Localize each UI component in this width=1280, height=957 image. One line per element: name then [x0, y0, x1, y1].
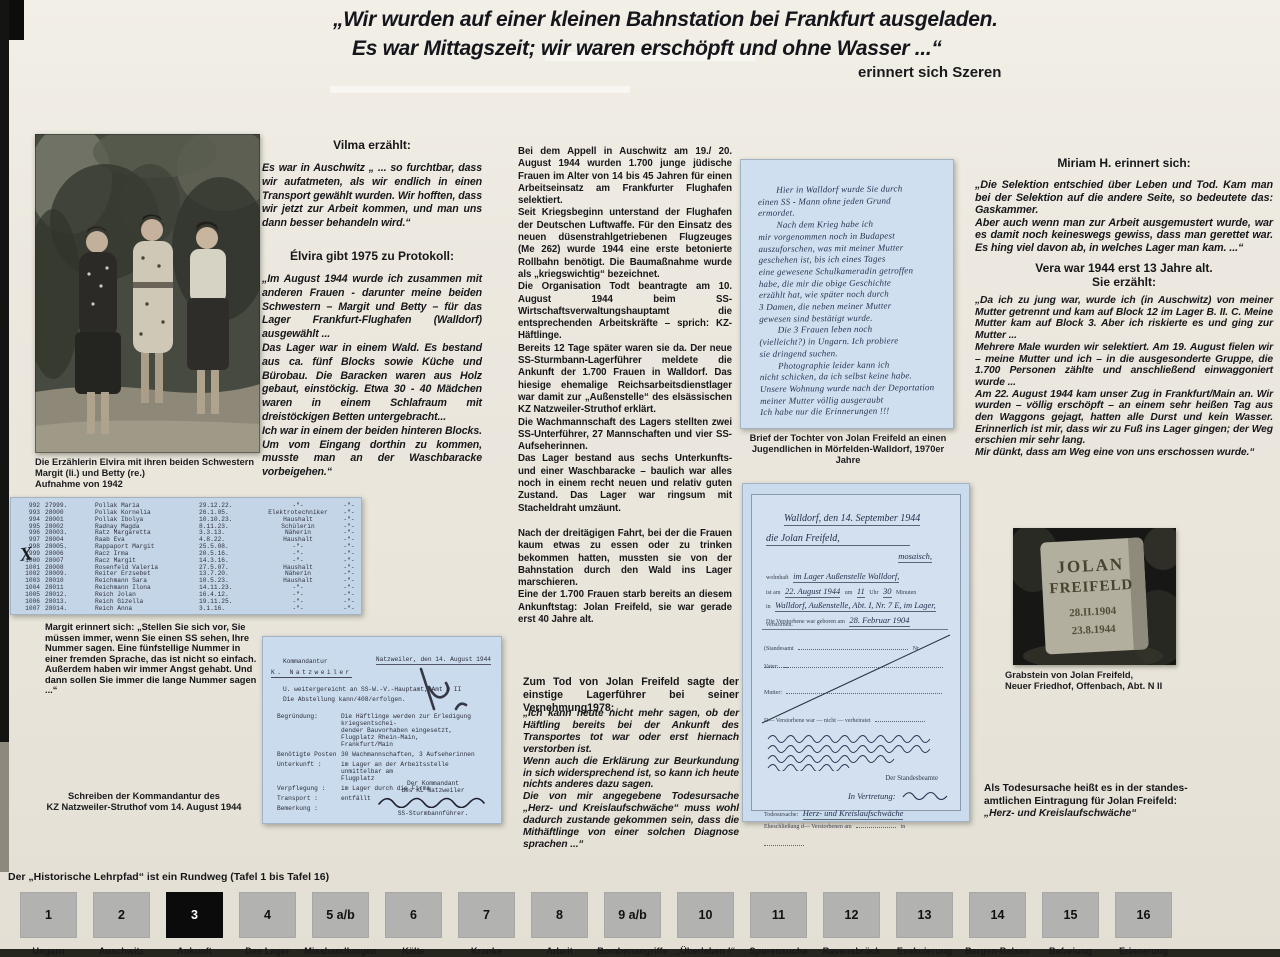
tile-number-square: 2 — [93, 892, 150, 938]
cert-place-date: Walldorf, den 14. September 1944 — [784, 513, 920, 526]
tile-number: 16 — [1137, 908, 1151, 922]
vilma-heading: Vilma erzählt: — [262, 138, 482, 152]
tile-number-square: 5 a/b — [312, 892, 369, 938]
quote-attribution: erinnert sich Szeren — [858, 64, 1001, 81]
cert-marriage-in: in — [901, 824, 906, 830]
tile-number-square: 14 — [969, 892, 1026, 938]
tile-label: Ravensbrück — [823, 946, 881, 956]
tile-number: 2 — [118, 908, 125, 922]
gravestone-caption: Grabstein von Jolan Freifeld, Neuer Frie… — [1005, 670, 1225, 692]
photo-three-sisters-image — [35, 134, 260, 453]
trail-tile-row: 1 Ungarn 2 Auschwitz 3 Ankunft 4 — [12, 892, 1180, 956]
history-column: Bei dem Appell in Auschwitz am 19./ 20. … — [518, 146, 732, 626]
gravestone-died-date: 23.8.1944 — [1071, 623, 1116, 637]
cert-born-label: Die Verstorbene war geboren am — [766, 619, 845, 625]
gravestone-born-date: 28.II.1904 — [1069, 605, 1117, 619]
gravestone-photo: JOLAN FREIFELD 28.II.1904 23.8.1944 — [1013, 528, 1176, 665]
trail-panel-tile: 10 „Überleben !“ — [669, 892, 742, 956]
tile-label: Das Lager — [245, 946, 289, 956]
trail-title: Der „Historische Lehrpfad“ ist ein Rundw… — [8, 871, 329, 883]
signature-squiggle — [373, 794, 493, 808]
tile-number: 9 a/b — [618, 908, 647, 922]
cause-note-line2: amtlichen Eintragung für Jolan Freifeld: — [984, 796, 1234, 809]
doc-field-value: 30 Wachmannschaften, 3 Aufseherinnen — [341, 751, 489, 758]
gravestone-image: JOLAN FREIFELD 28.II.1904 23.8.1944 — [1013, 528, 1176, 665]
trail-panel-tile: 7 Kranke — [450, 892, 523, 956]
cert-deputy-row: In Vertretung: — [848, 786, 952, 804]
doc-office-line1: Kommandantur — [283, 658, 328, 665]
panel-left-edge — [0, 0, 9, 742]
tile-label: Evakuierung — [897, 946, 952, 956]
tile-label: Befreiung — [1049, 946, 1092, 956]
kommandantur-document: Kommandantur K. Natzweiler Natzweiler, d… — [262, 636, 502, 824]
cert-form-divider — [762, 629, 948, 630]
deputy-signature-squiggle — [900, 790, 952, 800]
elvira-quote: „Im August 1944 wurde ich zusammen mit a… — [262, 273, 482, 480]
trail-panel-tile: 4 Das Lager — [231, 892, 304, 956]
cell-birthdate: 3.1.16. — [199, 606, 255, 613]
death-certificate-document: Walldorf, den 14. September 1944 die Jol… — [742, 483, 970, 822]
cause-note-line1: Als Todesursache heißt es in der standes… — [984, 783, 1234, 796]
doc-field-label: Benötigte Posten — [277, 751, 341, 758]
panel-left-edge-lower — [0, 742, 9, 872]
main-quote-line2: Es war Mittagszeit; wir waren erschöpft … — [352, 37, 942, 61]
vera-quote: „Da ich zu jung war, wurde ich (in Ausch… — [975, 295, 1273, 459]
cell-prisoner-number: 28014. — [45, 606, 95, 613]
tile-number: 15 — [1064, 908, 1078, 922]
paper-streak — [330, 86, 630, 93]
tile-number-square: 7 — [458, 892, 515, 938]
tile-number-square: 15 — [1042, 892, 1099, 938]
cert-marriage-row: Eheschließung d— Verstorbenen am in — [764, 815, 946, 851]
handwritten-x-mark: X — [19, 543, 35, 567]
tile-number: 14 — [991, 908, 1005, 922]
tile-number-square: 12 — [823, 892, 880, 938]
doc-field-label: Transport : — [277, 795, 341, 802]
doc-office-line2: K. Natzweiler — [271, 669, 352, 678]
form-leader — [856, 827, 896, 828]
trail-panel-tile: 13 Evakuierung — [888, 892, 961, 956]
tile-label: Erinnerung — [1119, 946, 1168, 956]
trail-panel-tile: 3 Ankunft — [158, 892, 231, 956]
tile-number-square: 9 a/b — [604, 892, 661, 938]
miriam-quote: „Die Selektion entschied über Leben und … — [975, 179, 1273, 254]
tile-number-square: 1 — [20, 892, 77, 938]
tile-label: Kälte — [402, 946, 424, 956]
trail-panel-tile: 11 Spurensuche — [742, 892, 815, 956]
tile-number: 8 — [556, 908, 563, 922]
tile-number: 6 — [410, 908, 417, 922]
illegible-handwriting-lines — [764, 731, 948, 771]
trail-panel-tile: 2 Auschwitz — [85, 892, 158, 956]
doc-field-label: Bemerkung : — [277, 805, 341, 812]
cancellation-diagonal-line — [760, 633, 952, 725]
doc-field-label: Verpflegung : — [277, 785, 341, 792]
doc-field-value: Die Häftlinge werden zur Erledigung krie… — [341, 713, 489, 748]
photo-three-sisters — [35, 134, 260, 453]
doc-field-row: Benötigte Posten 30 Wachmannschaften, 3 … — [277, 751, 489, 758]
doc-field-row: Begründung: Die Häftlinge werden zur Erl… — [277, 713, 489, 748]
margit-quote: Margit erinnert sich: „Stellen Sie sich … — [45, 622, 259, 696]
cert-religion: mosaisch, — [898, 551, 932, 563]
signature-line3: SS-Sturmbannführer. — [373, 810, 493, 817]
cert-marriage-label: Eheschließung d— Verstorbenen am — [764, 824, 852, 830]
cause-note-line3: „Herz- und Kreislaufschwäche“ — [984, 808, 1234, 821]
kommandantur-caption: Schreiben der Kommandantur des KZ Natzwe… — [40, 791, 248, 813]
gravestone-name1: JOLAN — [1056, 554, 1125, 577]
letter-handwriting: Hier in Walldorf wurde Sie durch einen S… — [758, 183, 942, 419]
tile-number-square: 13 — [896, 892, 953, 938]
history-text-block2: Nach der dreitägigen Fahrt, bei der die … — [518, 528, 732, 626]
tile-number-square: 3 — [166, 892, 223, 938]
tile-number-square: 8 — [531, 892, 588, 938]
trail-panel-tile: 15 Befreiung — [1034, 892, 1107, 956]
tile-number-square: 16 — [1115, 892, 1172, 938]
tile-label: Kranke — [471, 946, 502, 956]
vilma-quote: Es war in Auschwitz „ ... so furchtbar, … — [262, 162, 482, 231]
tile-label: Bergen-Belsen — [965, 946, 1030, 956]
vera-heading: Vera war 1944 erst 13 Jahre alt. Sie erz… — [975, 262, 1273, 289]
table-row: 1007 28014. Reich Anna 3.1.16. -"- -"- — [11, 606, 361, 613]
tile-label: Auschwitz — [99, 946, 144, 956]
trail-panel-tile: 1 Ungarn — [12, 892, 85, 956]
trail-panel-tile: 16 Erinnerung — [1107, 892, 1180, 956]
tile-label: „Überleben !“ — [676, 946, 736, 956]
history-text-block1: Bei dem Appell in Auschwitz am 19./ 20. … — [518, 146, 732, 515]
tile-number: 12 — [845, 908, 859, 922]
tile-number-square: 4 — [239, 892, 296, 938]
tile-label: Ankunft — [177, 946, 212, 956]
doc-field-label: Begründung: — [277, 713, 341, 748]
signature-line1: Der Kommandant — [373, 780, 493, 787]
cert-name: die Jolan Freifeld, — [766, 533, 910, 546]
tile-number-square: 6 — [385, 892, 442, 938]
trail-panel-tile: 6 Kälte — [377, 892, 450, 956]
doc-field-value: im Lager an der Arbeitsstelle unmittelba… — [341, 761, 489, 782]
tile-number: 11 — [772, 908, 785, 922]
signature-line2: des KL Natzweiler — [373, 787, 493, 794]
cell-occupation: -"- — [255, 606, 341, 613]
tile-label: Spurensuche — [749, 946, 807, 956]
tile-number: 1 — [45, 908, 52, 922]
tile-number: 3 — [191, 908, 198, 922]
lagerfuehrer-quote: „Ich kann heute nicht mehr sagen, ob der… — [523, 708, 739, 851]
tile-label: Ungarn — [32, 946, 64, 956]
cell-running-number: 1007 — [11, 606, 45, 613]
tile-label: Misshandlungen — [304, 946, 376, 956]
doc-approval-line: Die Abstellung kann/408/erfolgen. — [283, 696, 406, 703]
tile-number-square: 10 — [677, 892, 734, 938]
form-leader — [764, 845, 804, 846]
tile-label: Bombenangriffe — [597, 946, 667, 956]
cert-born-value: 28. Februar 1904 — [849, 615, 909, 627]
tile-label: Arbeit — [546, 946, 573, 956]
letter-caption: Brief der Tochter von Jolan Freifeld an … — [742, 433, 954, 467]
trail-panel-tile: 9 a/b Bombenangriffe — [596, 892, 669, 956]
doc-field-label: Unterkunft : — [277, 761, 341, 782]
prisoner-table: 992 27999. Pollak Maria 29.12.22. -"- -"… — [11, 503, 361, 613]
cert-deputy-label: In Vertretung: — [848, 791, 896, 801]
elvira-heading: Élvira gibt 1975 zu Protokoll: — [262, 249, 482, 263]
photo-caption: Die Erzählerin Elvira mit ihren beiden S… — [35, 457, 285, 491]
main-quote-line1: „Wir wurden auf einer kleinen Bahnstatio… — [333, 8, 998, 32]
trail-panel-tile: 5 a/b Misshandlungen — [304, 892, 377, 956]
miriam-heading: Miriam H. erinnert sich: — [975, 156, 1273, 170]
certificate-sheet: Walldorf, den 14. September 1944 die Jol… — [751, 494, 961, 811]
testimony-column: Vilma erzählt: Es war in Auschwitz „ ...… — [262, 138, 482, 480]
trail-panel-tile: 12 Ravensbrück — [815, 892, 888, 956]
tile-number-square: 11 — [750, 892, 807, 938]
cause-of-death-note: Als Todesursache heißt es in der standes… — [984, 783, 1234, 821]
tile-number: 7 — [483, 908, 490, 922]
cert-registrar: Der Standesbeamte — [885, 775, 938, 782]
letter-document: Hier in Walldorf wurde Sie durch einen S… — [740, 159, 954, 429]
cell-ditto: -"- — [341, 606, 357, 613]
doc-field-row: Unterkunft : im Lager an der Arbeitsstel… — [277, 761, 489, 782]
cell-name: Reich Anna — [95, 606, 199, 613]
tile-number: 10 — [699, 908, 713, 922]
trail-panel-tile: 8 Arbeit — [523, 892, 596, 956]
doc-signature-block: Der Kommandant des KL Natzweiler SS-Stur… — [373, 780, 493, 817]
prisoner-list-document: 992 27999. Pollak Maria 29.12.22. -"- -"… — [10, 497, 362, 615]
tile-number: 4 — [264, 908, 271, 922]
tile-number: 5 a/b — [326, 908, 355, 922]
trail-panel-tile: 14 Bergen-Belsen — [961, 892, 1034, 956]
ink-mark — [403, 663, 488, 719]
cert-born-row: Die Verstorbene war geboren am 28. Febru… — [766, 610, 910, 628]
tile-number: 13 — [918, 908, 932, 922]
